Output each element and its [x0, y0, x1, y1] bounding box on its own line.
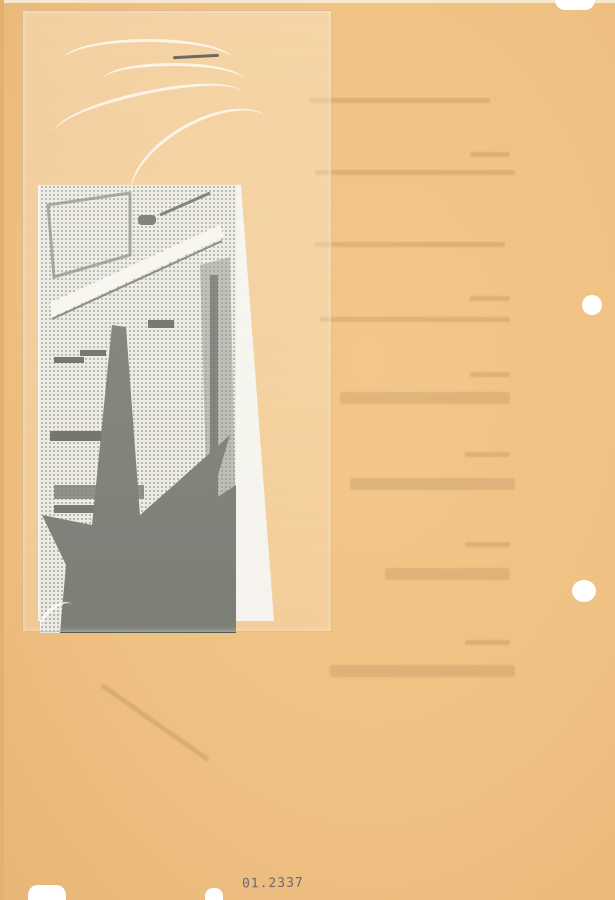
paper-tear: [555, 0, 595, 10]
bleed-through-text: [340, 392, 510, 404]
bleed-through-text: [330, 665, 515, 677]
bleed-through-text: [315, 170, 515, 175]
punch-hole: [572, 580, 596, 602]
bleed-through-text: [470, 372, 510, 377]
bleed-through-text: [320, 317, 510, 322]
bleed-through-text: [470, 296, 510, 301]
paper-tear: [205, 888, 223, 900]
folder-page: 01.2337: [0, 0, 615, 900]
bleed-through-text: [315, 242, 505, 247]
bleed-through-text: [350, 478, 515, 490]
plastic-sleeve: [22, 10, 332, 632]
bleed-through-text: [465, 640, 510, 645]
bleed-through-text: [470, 152, 510, 157]
bleed-through-text: [385, 568, 510, 580]
bleed-through-text: [465, 542, 510, 547]
paper-tear: [28, 885, 66, 900]
page-top-edge: [0, 0, 615, 3]
punch-hole: [582, 295, 602, 315]
bleed-through-text: [465, 452, 510, 457]
page-left-edge: [0, 0, 4, 900]
bleed-through-stamp: [100, 683, 209, 762]
catalog-number: 01.2337: [242, 875, 304, 891]
bleed-through-text: [310, 98, 490, 103]
